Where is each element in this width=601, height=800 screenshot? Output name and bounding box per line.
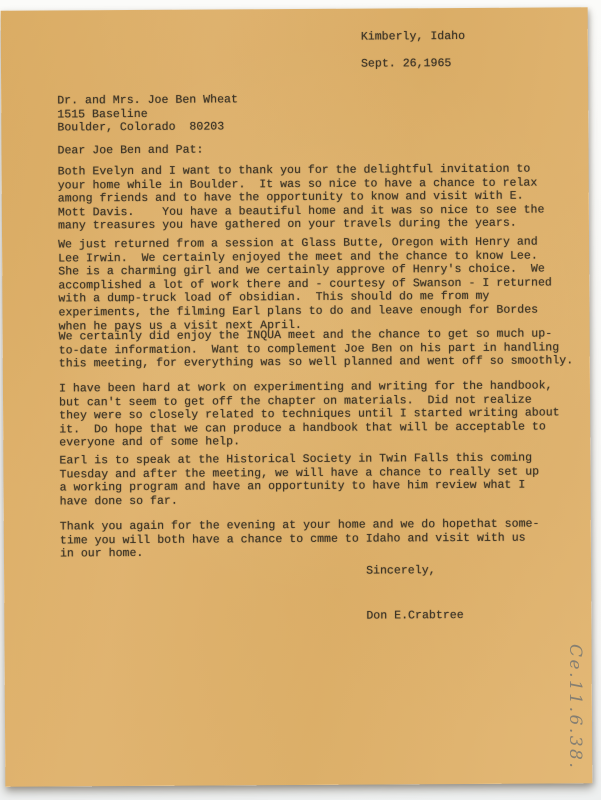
letterhead-block: Kimberly, Idaho Sept. 26,1965 [361, 30, 466, 71]
date-line: Sept. 26,1965 [361, 57, 451, 71]
body-paragraph-4: I have been hard at work on experimentin… [59, 379, 560, 450]
body-paragraph-6: Thank you again for the evening at your … [60, 518, 540, 562]
letter-paper: Kimberly, Idaho Sept. 26,1965 Dr. and Mr… [1, 7, 593, 787]
closing-line: Sincerely, [366, 564, 436, 578]
body-paragraph-2: We just returned from a session at Glass… [58, 235, 552, 333]
body-paragraph-5: Earl is to speak at the Historical Socie… [59, 452, 539, 509]
scan-background: Kimberly, Idaho Sept. 26,1965 Dr. and Mr… [0, 0, 601, 800]
salutation-line: Dear Joe Ben and Pat: [57, 144, 203, 158]
body-paragraph-3: We certainly did enjoy the INQUA meet an… [59, 327, 574, 371]
recipient-address: Dr. and Mrs. Joe Ben Wheat 1515 Baseline… [57, 93, 238, 135]
place-line: Kimberly, Idaho [361, 30, 465, 44]
body-paragraph-1: Both Evelyn and I want to thank you for … [58, 162, 545, 233]
catalog-annotation-handwritten: Ce.11.6.38. [565, 644, 585, 770]
signature-name: Don E.Crabtree [366, 609, 463, 623]
